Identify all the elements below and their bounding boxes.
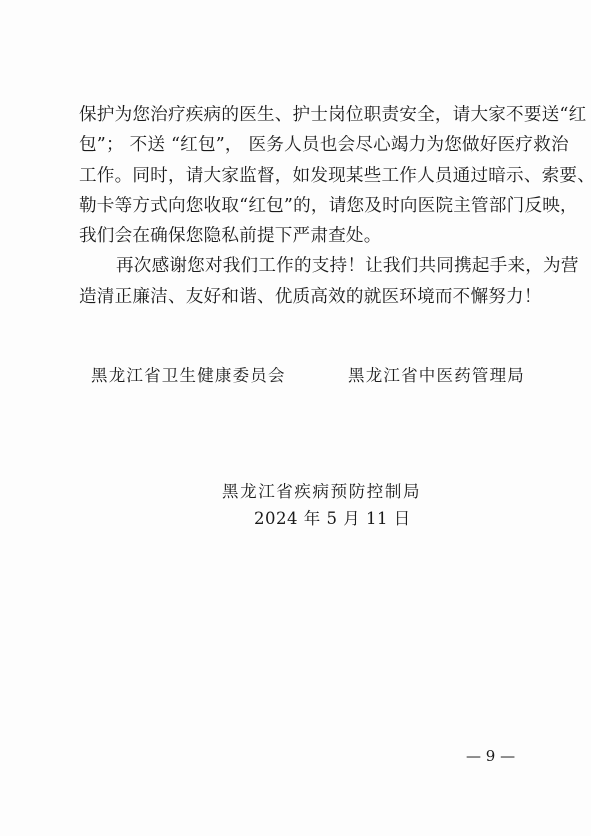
signature-tcm-bureau: 黑龙江省中医药管理局	[348, 362, 525, 386]
body-line: 我们会在确保您隐私前提下严肃查处。	[79, 221, 535, 251]
signature-health-commission: 黑龙江省卫生健康委员会	[91, 362, 286, 386]
letter-body: 保护为您治疗疾病的医生、护士岗位职责安全，请大家不要送“红 包”； 不送 “红包…	[79, 100, 535, 312]
body-line: 包”； 不送 “红包”， 医务人员也会尽心竭力为您做好医疗救治	[79, 130, 535, 160]
body-line: 勒卡等方式向您收取“红包”的，请您及时向医院主管部门反映，	[79, 191, 535, 221]
issue-date: 2024 年 5 月 11 日	[254, 505, 411, 529]
body-line: 造清正廉洁、友好和谐、优质高效的就医环境而不懈努力！	[79, 282, 535, 312]
body-line-paragraph-start: 再次感谢您对我们工作的支持！让我们共同携起手来，为营	[79, 251, 535, 281]
document-page: 保护为您治疗疾病的医生、护士岗位职责安全，请大家不要送“红 包”； 不送 “红包…	[0, 0, 591, 836]
page-number: — 9 —	[466, 747, 515, 765]
body-line: 工作。同时，请大家监督，如发现某些工作人员通过暗示、索要、	[79, 161, 535, 191]
body-line: 保护为您治疗疾病的医生、护士岗位职责安全，请大家不要送“红	[79, 100, 535, 130]
signature-cdc-bureau: 黑龙江省疾病预防控制局	[222, 478, 421, 502]
